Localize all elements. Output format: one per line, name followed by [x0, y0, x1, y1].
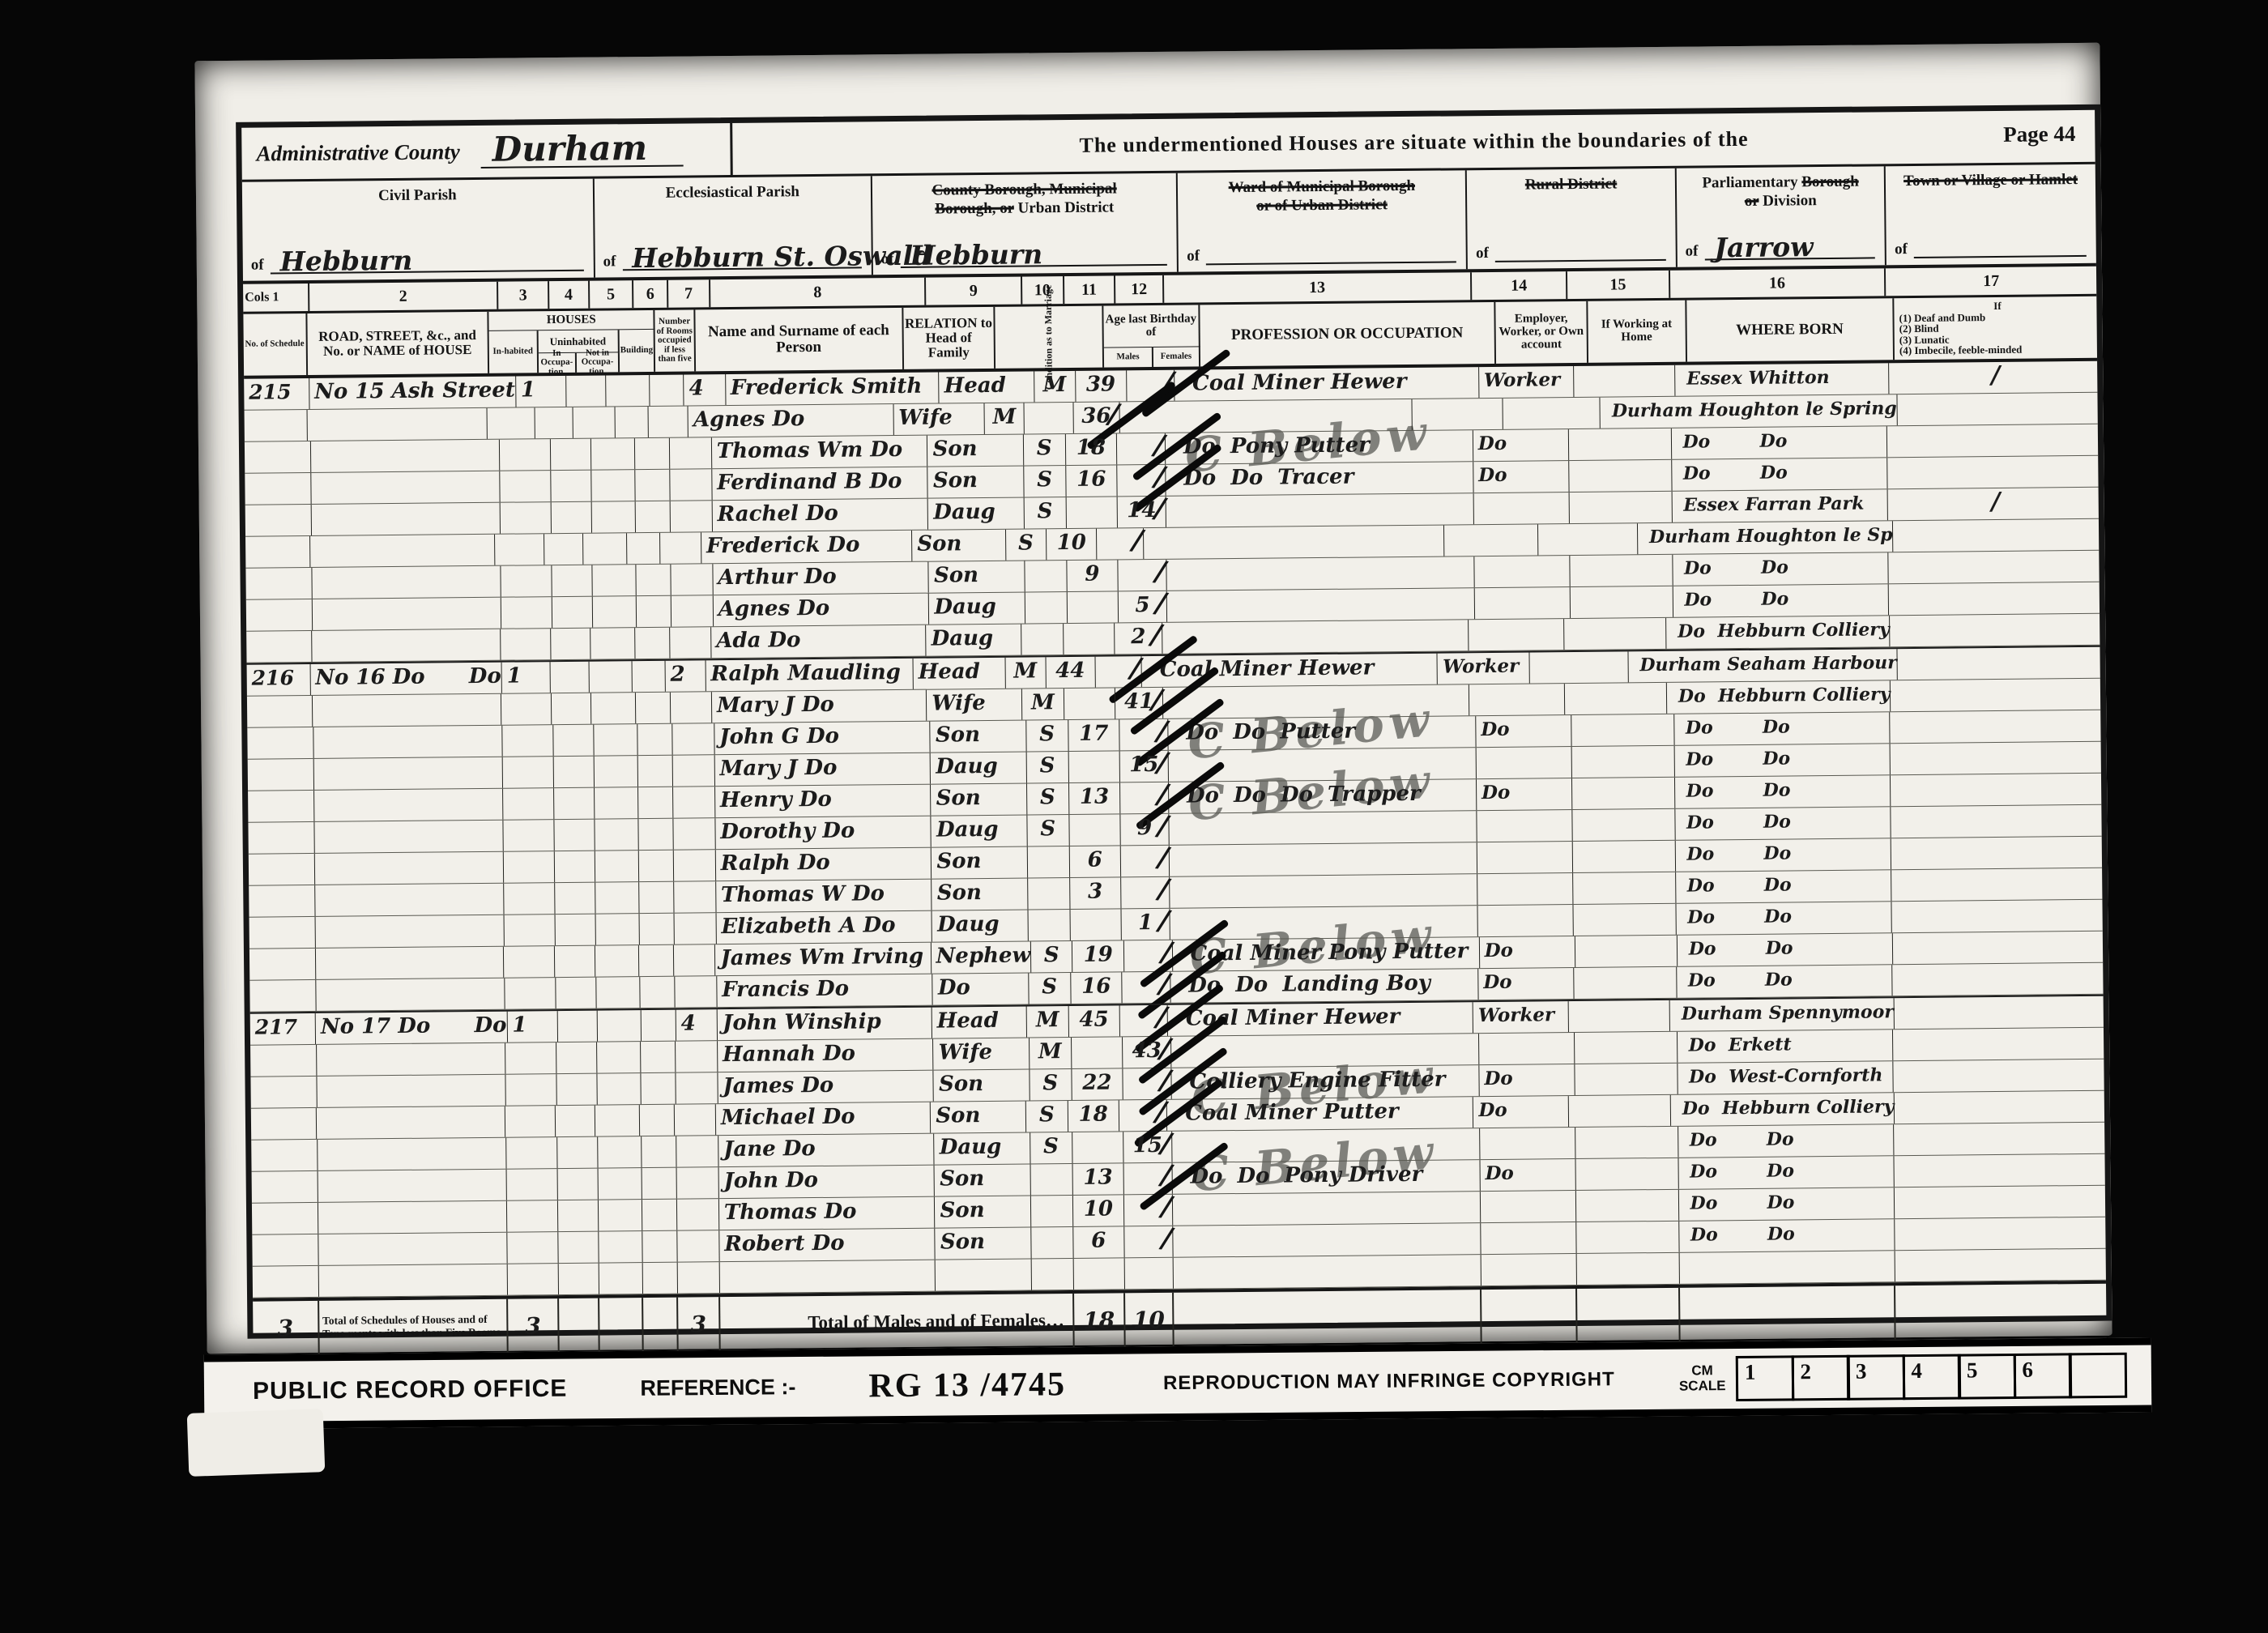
in-occupation-cell	[554, 757, 595, 787]
inhabited-mark	[507, 1200, 558, 1232]
infirmity-mark	[1893, 932, 2104, 964]
schedule-number	[245, 536, 310, 568]
address	[312, 629, 501, 662]
rooms-count	[672, 723, 714, 754]
not-in-occupation-cell	[598, 1136, 642, 1168]
rooms-count	[670, 627, 712, 658]
schedule-number	[252, 1171, 318, 1203]
occupation: ∕	[1170, 874, 1477, 908]
building-cell	[640, 914, 675, 944]
age-male: 19	[1072, 940, 1124, 972]
totals-males-females-label: Total of Males and of Females…	[720, 1294, 1074, 1350]
employer-status	[1469, 684, 1565, 715]
building-cell	[642, 1010, 676, 1041]
building-cell	[650, 375, 684, 406]
relation-to-head: Son	[936, 1227, 1032, 1259]
not-in-occupation-cell	[595, 851, 639, 882]
employer-status	[1444, 524, 1538, 556]
in-occupation-cell	[559, 1264, 599, 1294]
schedule-number: 215	[244, 378, 309, 410]
person-name: Ralph Maudling	[706, 659, 914, 691]
rooms-count	[674, 1104, 716, 1135]
rooms-count	[670, 469, 712, 500]
marital-condition: M	[1034, 371, 1076, 402]
not-in-occupation-cell	[592, 596, 637, 628]
not-in-occupation-cell	[595, 787, 639, 819]
age-male: 16	[1071, 972, 1123, 1004]
inhabited-mark	[505, 1042, 556, 1074]
district-box: County Borough, MunicipalBorough, or Urb…	[872, 173, 1179, 275]
relation-to-head: Head	[940, 371, 1034, 403]
building-cell	[639, 819, 674, 850]
cm-scale-cell: 6	[2013, 1353, 2071, 1399]
in-occupation-cell	[556, 1074, 597, 1105]
working-at-home-cell	[1576, 1222, 1679, 1253]
schedule-number	[252, 1203, 318, 1234]
in-occupation-cell	[552, 502, 592, 533]
where-born: Do Do	[1673, 552, 1889, 586]
person-name: Rachel Do	[712, 499, 928, 532]
where-born: Do Do	[1679, 1219, 1895, 1252]
schedule-number	[245, 473, 311, 505]
employer-status	[1477, 905, 1574, 936]
building-cell	[635, 628, 670, 659]
occupation: ∕Coal Miner Putter	[1167, 1097, 1473, 1131]
working-at-home-cell	[1568, 1000, 1670, 1032]
relation-to-head: Daug	[932, 910, 1029, 941]
col-number: 16	[1670, 268, 1886, 298]
infirmity-mark	[1891, 774, 2101, 806]
relation-to-head: Son	[929, 561, 1025, 593]
relation-to-head: Wife	[927, 689, 1022, 721]
header-not-in-occupation: Not in Occupa-tion.	[577, 352, 620, 373]
address: No 15 Ash Street	[309, 377, 516, 409]
where-born: Essex Farran Park	[1672, 489, 1888, 522]
inhabited-mark	[505, 1106, 556, 1137]
person-name: John Winship	[718, 1008, 932, 1041]
occupation: ∕Do Do Tracer	[1166, 462, 1473, 496]
where-born: Do Do	[1675, 807, 1891, 840]
where-born: Do Hebburn Colliery	[1667, 680, 1891, 714]
marital-condition: M	[1030, 1038, 1072, 1068]
address	[318, 1138, 507, 1170]
person-name: Thomas W Do	[716, 880, 932, 913]
rooms-count	[677, 1230, 719, 1261]
occupation: ∕	[1170, 906, 1477, 940]
inhabited-mark	[504, 946, 555, 978]
header-condition: Condition as to Marriage	[995, 306, 1104, 369]
schedule-number	[251, 1108, 318, 1140]
inhabited-mark	[506, 1137, 557, 1169]
infirmity-mark	[1894, 1123, 2104, 1155]
admin-county-label: Administrative County	[256, 139, 460, 166]
cm-scale-cell: 3	[1847, 1354, 1905, 1401]
infirmity-mark	[1891, 742, 2101, 774]
header-profession: PROFESSION OR OCCUPATION	[1200, 302, 1496, 367]
working-at-home-cell	[1576, 1158, 1679, 1190]
occupation: ∕Do Do Putter	[1168, 716, 1476, 750]
where-born: Do Do	[1678, 1187, 1895, 1221]
rooms-count	[671, 595, 714, 626]
reference-number: RG 13 /4745	[868, 1365, 1066, 1405]
address	[318, 1264, 508, 1297]
where-born: Do Do	[1671, 426, 1887, 459]
relation-to-head: Do	[933, 973, 1030, 1004]
inhabited-mark	[495, 534, 545, 565]
inhabited-mark	[504, 883, 555, 915]
employer-status: Do	[1478, 968, 1575, 1000]
relation-to-head: Son	[935, 1196, 1031, 1227]
totals-males: 18	[1074, 1293, 1126, 1347]
inhabited-mark	[504, 851, 555, 883]
not-in-occupation-cell	[591, 693, 636, 724]
person-name: James Wm Irving	[715, 943, 931, 976]
page-number: Page 44	[2003, 122, 2076, 147]
marital-condition	[1031, 1196, 1073, 1226]
working-at-home-cell	[1573, 809, 1676, 841]
marital-condition: S	[1024, 497, 1066, 528]
marital-condition: S	[1026, 720, 1068, 751]
rooms-count	[674, 944, 716, 975]
age-female	[1125, 1258, 1174, 1290]
census-entries: C Below C Below C Below C Below C Below …	[244, 361, 2106, 1298]
address	[311, 471, 501, 504]
address	[316, 979, 505, 1011]
employer-status	[1481, 1191, 1577, 1222]
person-name: Mary J Do	[714, 753, 931, 787]
cm-scale-cell: 4	[1902, 1354, 1960, 1401]
person-name: Dorothy Do	[715, 816, 932, 850]
person-name	[719, 1260, 936, 1294]
rooms-count	[671, 564, 713, 595]
age-male: 13	[1072, 1163, 1124, 1195]
infirmity-mark	[1891, 805, 2102, 838]
marital-condition	[1031, 1259, 1073, 1290]
district-box: Town or Village or Hamletof	[1886, 164, 2096, 265]
cm-scale-ruler: 123456	[1738, 1353, 2127, 1401]
inhabited-mark	[502, 725, 553, 757]
header-employer: Employer, Worker, or Own account	[1496, 301, 1589, 364]
not-in-occupation-cell	[590, 438, 635, 470]
schedule-number	[249, 980, 316, 1012]
in-occupation-cell	[554, 820, 595, 851]
marital-condition	[1028, 910, 1070, 940]
occupation: ∕	[1167, 588, 1475, 622]
district-box: Parliamentary Boroughor DivisionofJarrow	[1677, 166, 1887, 266]
working-at-home-cell	[1573, 841, 1676, 872]
address	[318, 1233, 508, 1265]
where-born: Do Do	[1674, 744, 1891, 777]
person-name: Ferdinand B Do	[712, 467, 928, 501]
inhabited-mark	[503, 757, 554, 788]
rooms-count	[673, 755, 715, 786]
schedule-number: 217	[250, 1013, 316, 1045]
relation-to-head: Son	[912, 530, 1006, 561]
infirmity-mark	[1889, 551, 2100, 583]
address: No 16 Do Do	[310, 663, 502, 695]
age-male: 10	[1072, 1195, 1124, 1226]
occupation: ∕	[1119, 399, 1412, 433]
col-number: 3	[498, 281, 549, 309]
occupation: ∕Do Do Pony Driver	[1172, 1160, 1480, 1194]
inhabited-mark	[506, 1074, 557, 1106]
building-cell	[636, 470, 671, 501]
infirmity-mark	[1892, 900, 2103, 932]
occupation: ∕Coal Miner Hewer	[1142, 654, 1439, 688]
not-in-occupation-cell	[596, 977, 641, 1008]
infirmity-mark	[1895, 1091, 2104, 1123]
address	[312, 598, 501, 630]
totals-empty-cell	[559, 1298, 599, 1352]
where-born: Durham Spennymoor	[1670, 998, 1895, 1031]
in-occupation-cell	[551, 662, 590, 693]
person-name: Francis Do	[717, 974, 933, 1008]
relation-to-head: Son	[931, 1102, 1026, 1133]
schedule-number	[245, 568, 312, 599]
col-number: 6	[633, 280, 668, 308]
age-male	[1070, 909, 1122, 940]
schedule-number	[245, 505, 312, 536]
inhabited-mark: 1	[502, 662, 552, 693]
in-occupation-cell	[557, 1011, 598, 1042]
in-occupation-cell	[556, 1106, 596, 1136]
schedule-number	[249, 854, 315, 885]
rooms-count	[676, 1041, 718, 1072]
district-value: Hebburn	[279, 249, 412, 272]
working-at-home-cell	[1572, 778, 1675, 809]
where-born: Do Do	[1675, 775, 1891, 808]
person-name: Mary J Do	[712, 690, 927, 723]
totals-empty-cell	[1577, 1288, 1680, 1342]
inhabited-mark	[501, 502, 552, 534]
age-male	[1064, 688, 1115, 719]
address	[315, 884, 505, 916]
relation-to-head: Daug	[932, 816, 1028, 847]
occupation: ∕	[1170, 842, 1477, 876]
working-at-home-cell	[1569, 460, 1672, 492]
not-in-occupation-cell	[595, 945, 639, 977]
infirmity-mark	[1891, 679, 2100, 711]
in-occupation-cell	[555, 915, 595, 945]
where-born: Do West-Cornforth	[1678, 1061, 1894, 1094]
working-at-home-cell	[1530, 651, 1629, 683]
inhabited-mark	[501, 597, 552, 629]
in-occupation-cell	[556, 978, 596, 1008]
marital-condition: S	[1027, 815, 1069, 846]
scanned-census-page: Administrative County Durham The underme…	[0, 0, 2268, 1633]
building-cell	[638, 787, 673, 818]
header-infirmity: If(1) Deaf and Dumb(2) Blind(3) Lunatic(…	[1894, 296, 2097, 360]
inhabited-mark	[500, 439, 551, 471]
address	[311, 440, 501, 472]
where-born: Do Do	[1672, 458, 1888, 491]
marital-condition: S	[1030, 1132, 1072, 1163]
rooms-count: 2	[665, 660, 706, 691]
person-name: Hannah Do	[718, 1039, 934, 1072]
working-at-home-cell	[1569, 1095, 1671, 1127]
building-cell	[642, 1073, 676, 1104]
relation-to-head: Son	[928, 467, 1025, 498]
working-at-home-cell	[1574, 967, 1677, 999]
in-occupation-cell	[535, 407, 574, 438]
age-male: 13	[1069, 782, 1121, 814]
col-number: 14	[1472, 271, 1568, 300]
in-occupation-cell	[553, 725, 594, 756]
age-male	[1069, 814, 1121, 846]
district-boxes-row: Civil ParishofHebburnEcclesiastical Pari…	[242, 164, 2096, 284]
building-cell	[639, 851, 674, 881]
working-at-home-cell	[1576, 1190, 1679, 1222]
employer-status: Do	[1479, 1064, 1575, 1096]
rooms-count	[675, 976, 717, 1007]
building-cell	[636, 501, 671, 532]
relation-to-head: Son	[931, 721, 1027, 753]
paper-corner	[187, 1409, 326, 1477]
occupation: ∕	[1144, 526, 1444, 560]
infirmity-mark	[1889, 582, 2100, 615]
in-occupation-cell	[551, 629, 591, 659]
age-male: 22	[1072, 1068, 1123, 1100]
relation-to-head: Son	[935, 1164, 1031, 1196]
district-box: Ecclesiastical ParishofHebburn St. Oswal…	[595, 176, 873, 277]
in-occupation-cell	[558, 1200, 599, 1231]
not-in-occupation-cell	[591, 470, 636, 501]
working-at-home-cell	[1572, 746, 1675, 778]
not-in-occupation-cell	[590, 661, 633, 693]
header-females: Females	[1153, 347, 1200, 367]
person-name: Elizabeth A Do	[716, 911, 932, 944]
in-occupation-cell	[555, 883, 595, 914]
inhabited-mark: 1	[516, 376, 566, 407]
address	[317, 1075, 506, 1107]
header-building: Building	[620, 330, 656, 372]
marital-condition	[1028, 846, 1070, 877]
not-in-occupation-cell	[599, 1231, 643, 1263]
not-in-occupation-cell	[594, 756, 638, 787]
totals-empty-cell	[1895, 1284, 2106, 1339]
rooms-count	[677, 1167, 719, 1198]
age-male: 16	[1066, 465, 1118, 497]
header-home: If Working at Home	[1588, 301, 1686, 363]
marital-condition: M	[1027, 1006, 1069, 1037]
address	[313, 757, 503, 790]
census-table-frame: Administrative County Durham The underme…	[236, 104, 2112, 1339]
rooms-count	[670, 437, 712, 468]
where-born: Do Do	[1677, 965, 1893, 998]
building-cell	[640, 1105, 675, 1136]
marital-condition: S	[1027, 783, 1069, 814]
inhabited-mark	[505, 978, 556, 1009]
where-born: Do Hebburn Colliery	[1666, 616, 1891, 649]
rooms-count	[674, 850, 716, 880]
age-male	[1064, 623, 1115, 654]
admin-county-value: Durham	[481, 133, 684, 168]
person-name: Ralph Do	[716, 848, 932, 881]
employer-status	[1477, 842, 1574, 873]
age-male	[1068, 751, 1120, 782]
employer-status: Worker	[1479, 366, 1574, 398]
district-box: Rural Districtof	[1467, 168, 1678, 269]
working-at-home-cell	[1575, 936, 1678, 967]
not-in-occupation-cell	[595, 819, 639, 851]
address	[317, 1106, 505, 1139]
in-occupation-cell	[555, 851, 595, 882]
working-at-home-cell	[1575, 1064, 1678, 1095]
header-inhabited: In-habited	[489, 330, 539, 373]
not-in-occupation-cell	[598, 1010, 642, 1042]
infirmity-mark	[1898, 647, 2100, 680]
marital-condition: S	[1026, 752, 1068, 782]
schedule-number	[249, 885, 315, 917]
schedule-number	[249, 917, 316, 949]
not-in-occupation-cell	[606, 375, 650, 407]
employer-status: Do	[1473, 1096, 1569, 1128]
person-name: Thomas Wm Do	[712, 436, 928, 469]
pro-reference-strip: PUBLIC RECORD OFFICE REFERENCE :- RG 13 …	[204, 1338, 2152, 1430]
employer-status	[1473, 492, 1570, 524]
schedule-number	[246, 599, 313, 631]
address: No 17 Do Do	[316, 1012, 508, 1044]
age-male: 18	[1065, 433, 1117, 465]
marital-condition: M	[1005, 657, 1046, 688]
person-name: Frederick Smith	[726, 373, 940, 406]
age-male	[1067, 591, 1119, 623]
person-name: Michael Do	[716, 1102, 932, 1136]
in-occupation-cell	[551, 439, 591, 470]
person-name: John Do	[718, 1166, 935, 1199]
employer-status	[1477, 810, 1573, 842]
where-born: Do Do	[1673, 584, 1889, 617]
header-schedule: No. of Schedule	[243, 313, 307, 376]
rooms-count	[675, 913, 717, 944]
age-male: 17	[1068, 719, 1120, 751]
age-male: 39	[1076, 370, 1127, 402]
inhabited-mark: 1	[507, 1011, 558, 1042]
marital-condition	[1025, 561, 1067, 591]
totals-label: Total of Schedules of Houses and of Tene…	[319, 1299, 509, 1354]
schedule-number	[248, 759, 314, 791]
inhabited-mark	[500, 471, 551, 502]
address	[312, 566, 501, 599]
address	[315, 915, 505, 948]
infirmity-mark	[1893, 519, 2099, 552]
age-male	[1066, 497, 1118, 528]
not-in-occupation-cell	[583, 533, 627, 565]
in-occupation-cell	[552, 693, 592, 724]
working-at-home-cell	[1538, 523, 1639, 555]
inhabited-mark	[504, 820, 555, 851]
address	[311, 503, 501, 535]
employer-status: Worker	[1438, 653, 1530, 684]
marital-condition: S	[1030, 1069, 1072, 1100]
employer-status	[1477, 873, 1574, 905]
employer-status: Do	[1479, 936, 1575, 968]
working-at-home-cell	[1571, 555, 1673, 586]
schedule-number	[245, 410, 308, 441]
working-at-home-cell	[1571, 714, 1674, 746]
occupation: ∕	[1162, 620, 1469, 654]
col-number: 12	[1115, 275, 1164, 304]
age-male: 9	[1067, 560, 1119, 591]
rooms-count: 4	[676, 1009, 718, 1040]
infirmity-mark	[1890, 710, 2100, 743]
in-occupation-cell	[551, 471, 591, 501]
working-at-home-cell	[1577, 1253, 1680, 1285]
relation-to-head: Daug	[926, 625, 1021, 656]
person-name: Agnes Do	[688, 404, 894, 437]
cm-scale-cell: 1	[1736, 1355, 1794, 1401]
district-value: Jarrow	[1714, 237, 1813, 259]
